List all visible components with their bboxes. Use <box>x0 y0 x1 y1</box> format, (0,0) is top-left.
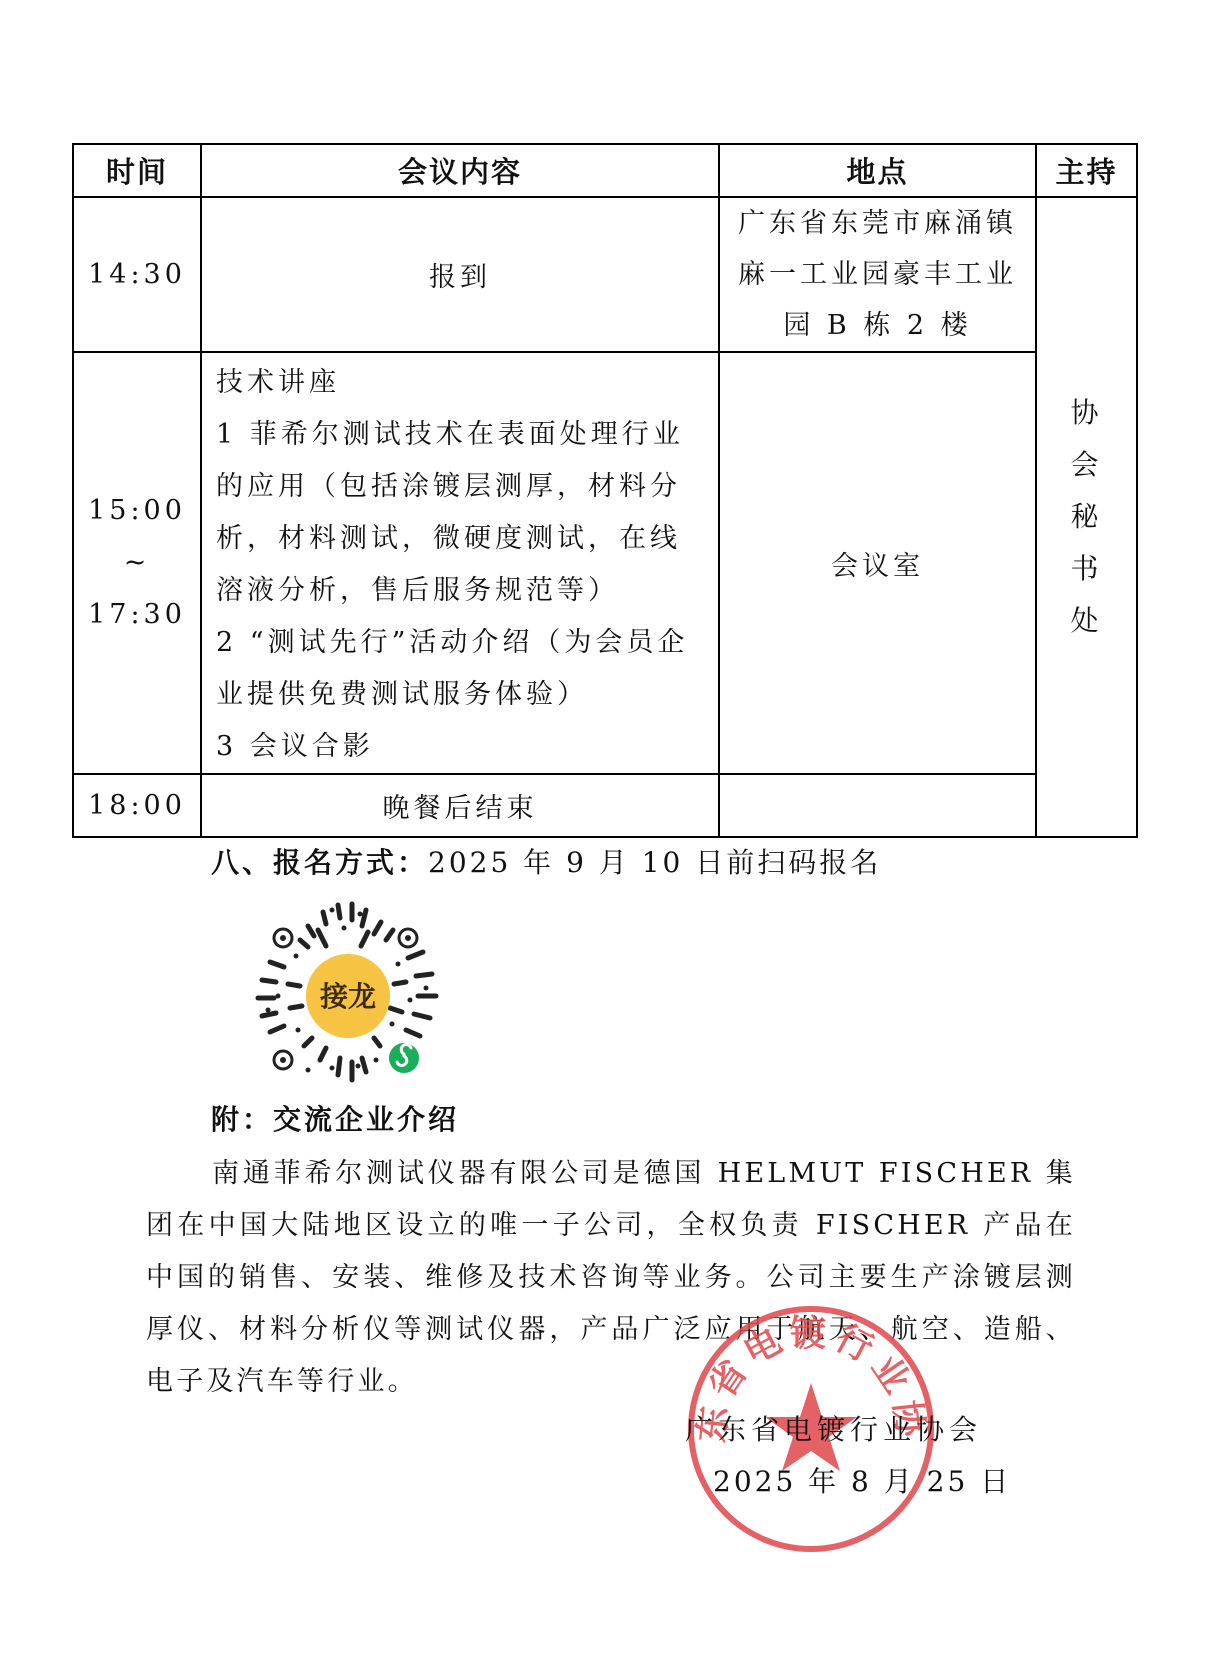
header-place: 地点 <box>719 144 1036 197</box>
mini-program-qr-code[interactable]: 接龙 <box>248 900 444 1090</box>
header-content: 会议内容 <box>201 144 719 197</box>
table-row: 14:30 报到 广东省东莞市麻涌镇 麻一工业园豪丰工业 园 B 栋 2 楼 协… <box>73 197 1137 352</box>
host-char: 书 <box>1037 543 1136 595</box>
signature-date: 2025 年 8 月 25 日 <box>713 1460 1011 1500</box>
time-cell: 14:30 <box>73 197 201 352</box>
table-header-row: 时间 会议内容 地点 主持 <box>73 144 1137 197</box>
registration-heading: 八、报名方式：2025 年 9 月 10 日前扫码报名 <box>211 841 881 881</box>
content-line: 溶液分析，售后服务规范等） <box>216 565 718 617</box>
content-line: 3 会议合影 <box>216 721 718 773</box>
time-cell: 15:00 ~ 17:30 <box>73 352 201 774</box>
header-time: 时间 <box>73 144 201 197</box>
place-cell: 广东省东莞市麻涌镇 麻一工业园豪丰工业 园 B 栋 2 楼 <box>719 197 1036 352</box>
registration-label: 八、报名方式： <box>211 846 428 879</box>
host-char: 处 <box>1037 595 1136 647</box>
time-cell: 18:00 <box>73 774 201 837</box>
place-line: 麻一工业园豪丰工业 <box>730 249 1025 300</box>
registration-value: 2025 年 9 月 10 日前扫码报名 <box>428 846 881 879</box>
host-char: 秘 <box>1037 491 1136 543</box>
content-cell: 技术讲座 1 菲希尔测试技术在表面处理行业 的应用（包括涂镀层测厚，材料分 析，… <box>201 352 719 774</box>
host-char: 协 <box>1037 387 1136 439</box>
signature-organization: 广东省电镀行业协会 <box>685 1408 982 1448</box>
time-start: 15:00 <box>74 485 200 537</box>
host-char: 会 <box>1037 439 1136 491</box>
content-line: 业提供免费测试服务体验） <box>216 669 718 721</box>
content-line: 1 菲希尔测试技术在表面处理行业 <box>216 409 718 461</box>
place-line: 广东省东莞市麻涌镇 <box>730 198 1025 249</box>
host-vertical-text: 协 会 秘 书 处 <box>1037 387 1136 647</box>
appendix-title: 附：交流企业介绍 <box>211 1098 459 1138</box>
meeting-schedule-table: 时间 会议内容 地点 主持 14:30 报到 广东省东莞市麻涌镇 麻一工业园豪丰… <box>72 143 1138 838</box>
content-line: 的应用（包括涂镀层测厚，材料分 <box>216 461 718 513</box>
time-end: 17:30 <box>74 589 200 641</box>
header-host: 主持 <box>1036 144 1137 197</box>
time-separator: ~ <box>74 537 200 589</box>
table-row: 15:00 ~ 17:30 技术讲座 1 菲希尔测试技术在表面处理行业 的应用（… <box>73 352 1137 774</box>
place-cell <box>719 774 1036 837</box>
table-row: 18:00 晚餐后结束 <box>73 774 1137 837</box>
content-cell: 报到 <box>201 197 719 352</box>
svg-text:接龙: 接龙 <box>320 980 376 1013</box>
content-line: 技术讲座 <box>216 357 718 409</box>
content-line: 2 “测试先行”活动介绍（为会员企 <box>216 617 718 669</box>
content-line: 析，材料测试，微硬度测试，在线 <box>216 513 718 565</box>
place-line: 园 B 栋 2 楼 <box>730 300 1025 351</box>
content-cell: 晚餐后结束 <box>201 774 719 837</box>
qr-code-icon: 接龙 <box>248 900 444 1090</box>
document-page: 时间 会议内容 地点 主持 14:30 报到 广东省东莞市麻涌镇 麻一工业园豪丰… <box>0 0 1208 1673</box>
place-cell: 会议室 <box>719 352 1036 774</box>
host-cell: 协 会 秘 书 处 <box>1036 197 1137 837</box>
